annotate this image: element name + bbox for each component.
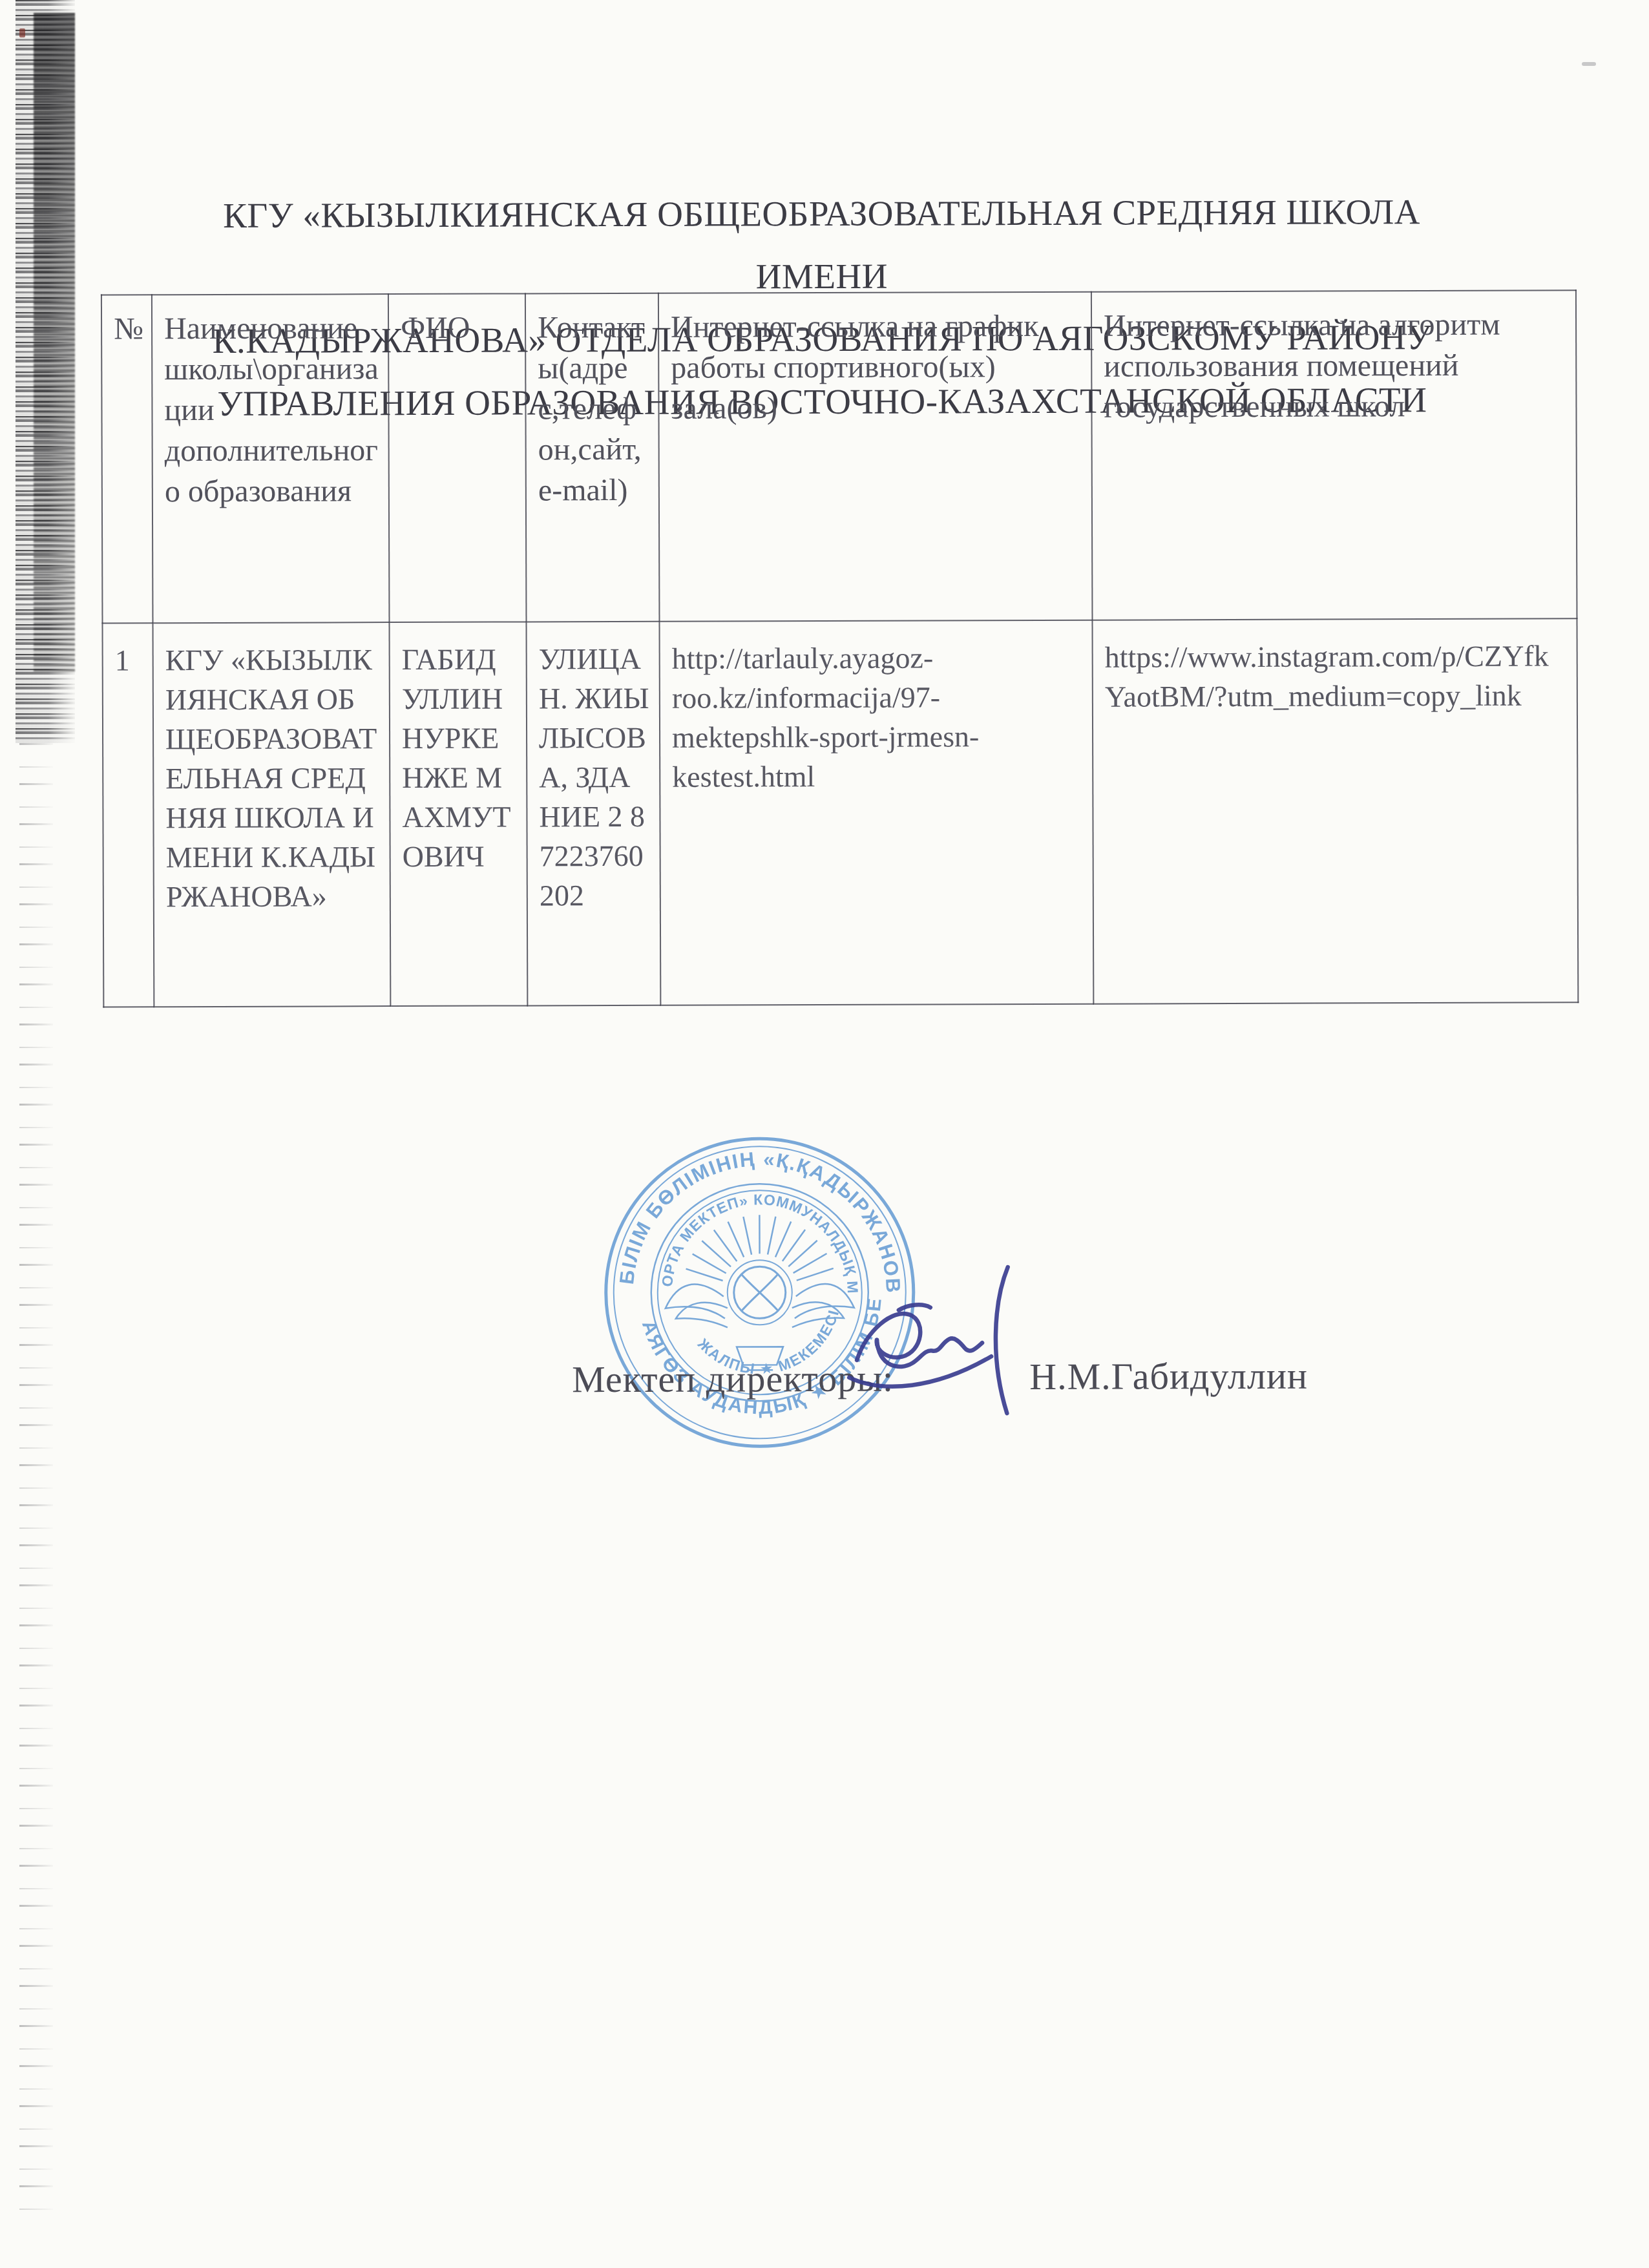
cell-fio: ГАБИДУЛЛИН НУРКЕНЖЕ МАХМУТОВИЧ (390, 622, 528, 1006)
table-row: 1 КГУ «КЫЗЫЛКИЯНСКАЯ ОБЩЕОБРАЗОВАТЕЛЬНАЯ… (103, 618, 1579, 1007)
signature-ink (837, 1253, 1051, 1441)
cell-school-name: КГУ «КЫЗЫЛКИЯНСКАЯ ОБЩЕОБРАЗОВАТЕЛЬНАЯ С… (153, 622, 391, 1007)
signature-name: Н.М.Габидуллин (1029, 1354, 1308, 1398)
col-header-number: № (101, 295, 153, 623)
col-header-algorithm-link: Интернет-ссылка на алгоритм использовани… (1091, 290, 1577, 620)
table-header-row: № Наименование школы\организации дополни… (101, 290, 1577, 623)
cell-row-number: 1 (103, 623, 154, 1007)
col-header-contacts: Контакты(адрес,телефон,сайт,e-mail) (525, 293, 660, 622)
cell-algorithm-url: https://www.instagram.com/p/CZYfkYaotBM/… (1093, 618, 1579, 1003)
signature-stroke (849, 1267, 1009, 1414)
col-header-fio: ФИО (388, 293, 527, 622)
schools-info-table: № Наименование школы\организации дополни… (101, 289, 1579, 1007)
cell-contacts: УЛИЦА Н. ЖИЫЛЫСОВА, ЗДАНИЕ 2 8 722376020… (527, 622, 661, 1006)
cell-sport-schedule-url: http://tarlauly.ayagoz-roo.kz/informacij… (660, 620, 1094, 1005)
col-header-sport-schedule-link: Интернет-ссылка на график работы спортив… (658, 292, 1093, 622)
scanned-document-page: КГУ «КЫЗЫЛКИЯНСКАЯ ОБЩЕОБРАЗОВАТЕЛЬНАЯ С… (0, 0, 1649, 2268)
col-header-school-name: Наименование школы\организации дополните… (152, 294, 390, 623)
shanyrak-icon (728, 1260, 792, 1325)
document-content: КГУ «КЫЗЫЛКИЯНСКАЯ ОБЩЕОБРАЗОВАТЕЛЬНАЯ С… (0, 0, 1649, 2268)
